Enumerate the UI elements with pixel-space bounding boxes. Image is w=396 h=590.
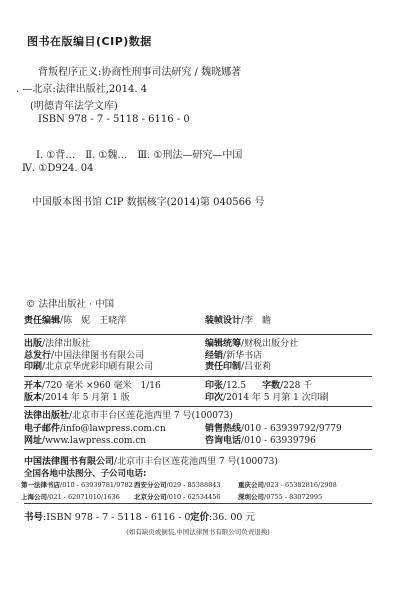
word-count-value: 228 千 [283, 381, 312, 391]
press-contact-block: 法律出版社/北京市丰台区莲花池西里 7 号(100073) 电子邮件/info@… [24, 410, 372, 448]
edition-label: 版本 [24, 393, 42, 403]
distribution-value: 中国法律图书有限公司 [54, 351, 144, 361]
table-row: 印刷/北京京华虎彩印刷有限公司 责任印制/吕亚莉 [24, 362, 372, 374]
isbn-price-row: 书号:ISBN 978 - 7 - 5118 - 6116 - 0 定价:36.… [24, 509, 372, 523]
press-name: 法律出版社 [24, 411, 69, 421]
website-label: 网址 [24, 436, 42, 446]
retailer-label: 经销 [205, 351, 223, 361]
distributor-name: 中国法律图书有限公司 [24, 457, 114, 467]
branch-phone: 029 - 85388843 [169, 481, 221, 489]
sales-hotline-label: 销售热线 [205, 424, 241, 434]
cip-publisher-line: . —北京:法律出版社,2014. 4 [16, 80, 147, 95]
table-row: 开本/720 毫米 ×960 毫米 1/16 印张/12.5字数/228 千 [24, 381, 372, 393]
design-label: 装帧设计 [205, 316, 241, 326]
branch-phone: 010 - 63939781/9782 [62, 481, 133, 489]
cip-header: 图书在版编目(CIP)数据 [27, 33, 152, 49]
branch-phone: 010 - 62534456 [169, 493, 221, 501]
coordinator-label: 编辑统筹 [205, 339, 241, 349]
divider [24, 376, 372, 377]
sheet-size-value: 720 毫米 ×960 毫米 1/16 [45, 381, 161, 391]
sheet-size-label: 开本 [24, 381, 42, 391]
design-credit: 装帧设计/李 瞻 [205, 313, 372, 326]
book-copyright-page: 图书在版编目(CIP)数据 背叛程序正义:协商性刑事司法研究 / 魏晓娜著 . … [0, 0, 396, 590]
branch-label: 重庆公司 [238, 481, 264, 489]
divider [24, 406, 372, 407]
divider [24, 334, 372, 335]
branch-label: 深圳公司 [238, 493, 264, 501]
print-supervisor-label: 责任印制 [205, 362, 241, 372]
distribution-label: 总发行 [24, 351, 51, 361]
email-value: info@lawpress.com.cn [63, 424, 166, 434]
divider [24, 503, 372, 504]
cip-isbn-line: ISBN 978 - 7 - 5118 - 6116 - 0 [38, 114, 190, 125]
printer-value: 北京京华虎彩印刷有限公司 [45, 362, 153, 372]
editor-credit: 责任编辑/陈 妮 王晓萍 [24, 313, 205, 326]
table-row: 网址/www.lawpress.com.cn 咨询电话/010 - 639397… [24, 435, 372, 448]
branch-label: 西安分公司 [134, 481, 167, 489]
distributor-address: 北京市丰台区莲花池西里 7 号(100073) [117, 457, 278, 467]
retailer-value: 新华书店 [226, 351, 262, 361]
production-table: 出版/法律出版社 编辑统筹/财税出版分社 总发行/中国法律图书有限公司 经销/新… [24, 339, 372, 374]
word-count-label: 字数 [262, 381, 280, 391]
website-value: www.lawpress.com.cn [45, 436, 146, 446]
printed-sheets-label: 印张 [205, 381, 223, 391]
branch-phone: 023 - 65382816/2908 [266, 481, 337, 489]
table-row: 电子邮件/info@lawpress.com.cn 销售热线/010 - 639… [24, 423, 372, 436]
price-label: 定价 [190, 512, 209, 523]
table-row: 总发行/中国法律图书有限公司 经销/新华书店 [24, 351, 372, 363]
isbn-label: 书号 [24, 512, 43, 523]
cip-record-number: 中国版本图书馆 CIP 数据核字(2014)第 040566 号 [32, 193, 264, 208]
printer-label: 印刷 [24, 362, 42, 372]
table-row: 版本/2014 年 5 月第 1 版 印次/2014 年 5 月第 1 次印刷 [24, 393, 372, 405]
coordinator-value: 财税出版分社 [244, 339, 298, 349]
price-value: 36. 00 元 [212, 512, 255, 523]
edition-value: 2014 年 5 月第 1 版 [45, 393, 130, 403]
press-address: 北京市丰台区莲花池西里 7 号(100073) [72, 411, 233, 421]
branch-phone-row: 第一法律书店/010 - 63939781/9782 西安分公司/029 - 8… [21, 480, 381, 489]
design-value: 李 瞻 [244, 316, 271, 326]
cip-series-line: (明德青年法学文库) [30, 97, 118, 112]
editor-value: 陈 妮 王晓萍 [63, 316, 126, 326]
isbn-value: ISBN 978 - 7 - 5118 - 6116 - 0 [46, 512, 190, 523]
copyright-line: © 法律出版社 · 中国 [26, 296, 114, 310]
branch-phone: 021 - 62071010/1636 [49, 493, 120, 501]
publisher-label: 出版 [24, 339, 42, 349]
format-table: 开本/720 毫米 ×960 毫米 1/16 印张/12.5字数/228 千 版… [24, 381, 372, 404]
credits-row: 责任编辑/陈 妮 王晓萍 装帧设计/李 瞻 [24, 313, 372, 326]
sales-hotline-value: 010 - 63939792/9779 [244, 424, 342, 434]
distributor-address-row: 中国法律图书有限公司/北京市丰台区莲花池西里 7 号(100073) [24, 454, 278, 467]
inquiry-phone-label: 咨询电话 [205, 436, 241, 446]
branch-label: 上海公司 [21, 493, 47, 501]
editor-label: 责任编辑 [24, 316, 60, 326]
impression-label: 印次 [205, 393, 223, 403]
press-address-row: 法律出版社/北京市丰台区莲花池西里 7 号(100073) [24, 410, 372, 423]
publisher-value: 法律出版社 [45, 339, 90, 349]
branch-label: 北京分公司 [134, 493, 167, 501]
divider [24, 449, 372, 450]
classification-line-1: Ⅰ. ①背… Ⅱ. ①魏… Ⅲ. ①刑法—研究—中国 [36, 146, 242, 161]
impression-value: 2014 年 5 月第 1 次印刷 [226, 393, 329, 403]
table-row: 出版/法律出版社 编辑统筹/财税出版分社 [24, 339, 372, 351]
branch-phone-row: 上海公司/021 - 62071010/1636 北京分公司/010 - 625… [21, 492, 381, 501]
print-supervisor-value: 吕亚莉 [244, 362, 271, 372]
replacement-note: (如有缺页或倒装,中国法律图书有限公司负责退换) [0, 527, 396, 536]
email-label: 电子邮件 [24, 424, 60, 434]
inquiry-phone-value: 010 - 63939796 [244, 436, 316, 446]
classification-line-2: Ⅳ. ①D924. 04 [22, 163, 94, 174]
branch-label: 第一法律书店 [21, 481, 60, 489]
printed-sheets-value: 12.5 [226, 381, 246, 391]
branches-title: 全国各地中法图分、子公司电话: [24, 467, 146, 479]
branch-phone: 0755 - 83072995 [266, 493, 322, 501]
cip-title-line: 背叛程序正义:协商性刑事司法研究 / 魏晓娜著 [38, 63, 241, 78]
